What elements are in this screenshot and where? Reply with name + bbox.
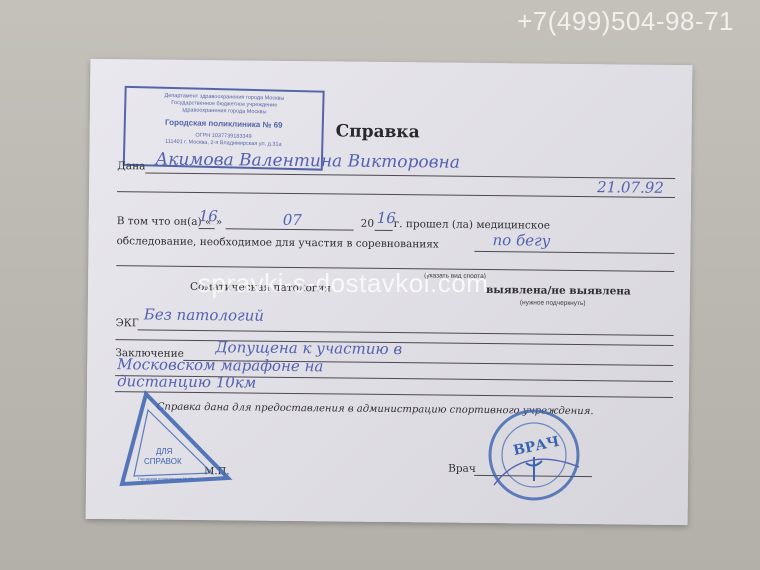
conclusion-value-1: Допущена к участию в: [215, 338, 402, 358]
ecg-value: Без патологий: [144, 305, 264, 324]
doctor-label: Врач: [448, 463, 476, 475]
triangle-stamp: ДЛЯ СПРАВОК Городская поликлиника № 69: [116, 388, 236, 488]
exam-quote-close: »: [216, 216, 223, 228]
watermark: spravki-s-dostavkoi.com: [198, 268, 488, 299]
sport-value: по бегу: [492, 231, 550, 250]
issued-to-label: Дана: [117, 160, 145, 172]
exam-day-line: [199, 228, 215, 229]
round-stamp-center: ВРАЧ: [512, 434, 561, 459]
somatic-options: выявлена/не выявлена: [486, 284, 631, 298]
birth-date-value: 21.07.92: [597, 178, 664, 197]
exam-suffix: г. прошел (ла) медицинское: [394, 218, 550, 232]
doctor-round-stamp: ВРАЧ: [484, 405, 584, 505]
issued-to-value: Акимова Валентина Викторовна: [155, 150, 460, 173]
ecg-line: [138, 329, 674, 336]
exam-line2: обследование, необходимое для участия в …: [116, 235, 438, 250]
exam-year-line: [375, 230, 393, 231]
sport-line: [474, 251, 674, 254]
document-title: Справка: [336, 121, 420, 142]
triangle-stamp-line1: ДЛЯ: [156, 447, 173, 456]
ecg-label: ЭКГ: [116, 317, 139, 329]
triangle-stamp-footer: Городская поликлиника № 69: [138, 476, 194, 481]
birth-date-line: [117, 191, 675, 198]
clinic-stamp-name: Городская поликлиника № 69: [126, 117, 322, 131]
exam-month-value: 07: [283, 211, 302, 229]
doctor-signature: [494, 459, 579, 485]
phone-overlay: +7(499)504-98-71: [517, 6, 734, 37]
exam-prefix: В том что он(а) «: [117, 215, 212, 228]
exam-year-prefix: 20: [361, 218, 374, 230]
issued-to-line: [145, 172, 675, 179]
triangle-stamp-line2: СПРАВОК: [144, 457, 182, 466]
somatic-hint: (нужное подчеркнуть): [520, 299, 586, 307]
